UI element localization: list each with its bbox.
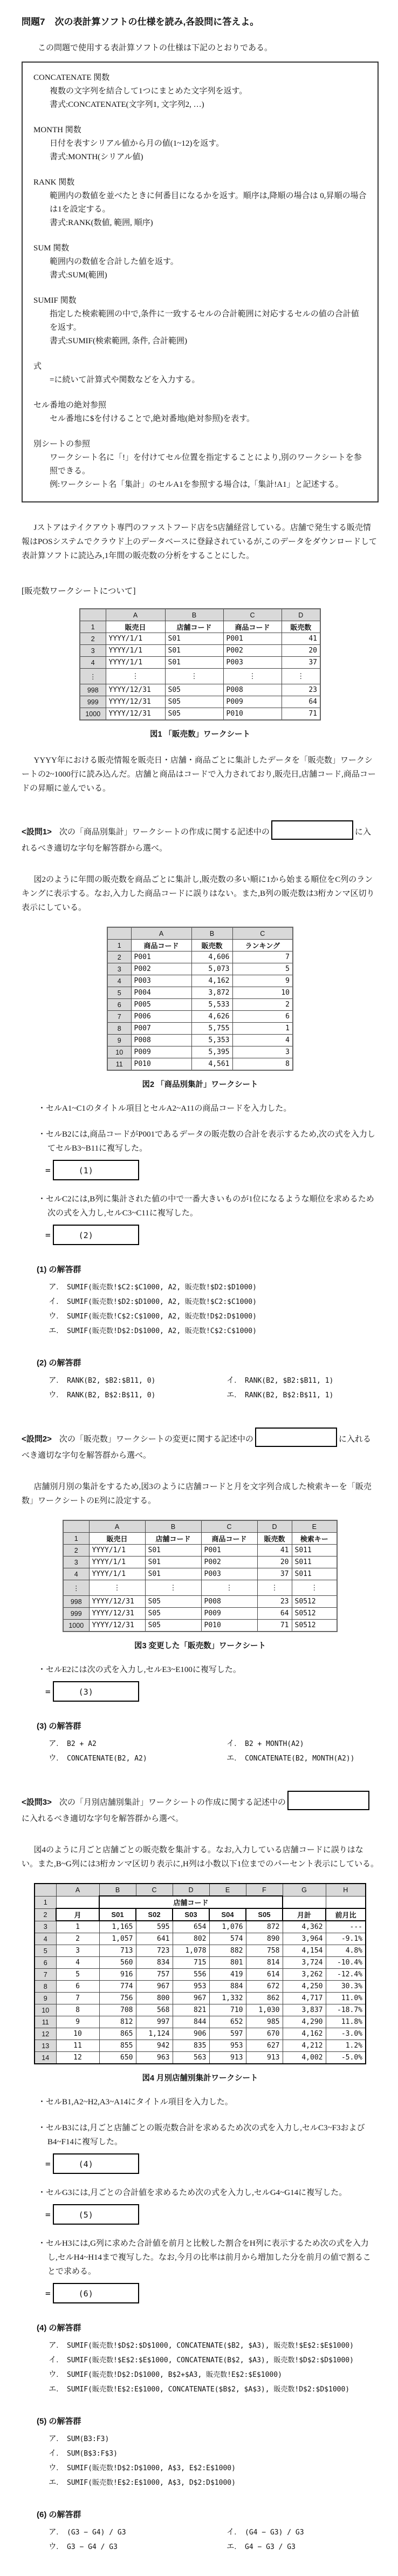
- sheet-cell: S05: [165, 696, 223, 708]
- column-letter: H: [326, 1884, 366, 1896]
- sheet-cell: P010: [223, 708, 282, 721]
- row-number: 10: [107, 1046, 131, 1058]
- answer-options: ア.SUMIF(販売数!$D$2:$D$1000, CONCATENATE($B…: [49, 2339, 379, 2397]
- sheet-cell: 64: [282, 696, 320, 708]
- sheet-cell: 6: [232, 1011, 293, 1023]
- sheet-cell: S05: [165, 684, 223, 696]
- sheet-cell: 560: [99, 1957, 136, 1969]
- spec-box: CONCATENATE 関数複数の文字列を結合して1つにまとめた文字列を返す。書…: [22, 62, 379, 502]
- spreadsheet-fig4: ABCDEFGH1店舗コード2月S01S02S03S04S05月計前月比311,…: [34, 1883, 366, 2064]
- sheet-cell: ⋮: [106, 669, 165, 684]
- sheet-cell: -9.1%: [326, 1933, 366, 1945]
- sheet-cell: 419: [209, 1969, 246, 1981]
- column-letter-row: ABC: [107, 927, 293, 940]
- option-formula: G4 − G3 / G3: [245, 2540, 296, 2554]
- option-formula: SUMIF(販売数!$D$2:$D$1000, CONCATENATE($B2,…: [67, 2339, 354, 2353]
- figure-3-caption: 図3 変更した「販売数」ワークシート: [22, 1640, 379, 1651]
- figure-3: ABCDE1販売日店舗コード商品コード販売数検索キー2YYYY/1/1S01P0…: [22, 1520, 379, 1651]
- sheet-row: 1店舗コード: [35, 1896, 366, 1908]
- answer-option: イ.SUMIF(販売数!$D2:$D1000, A2, 販売数!$C2:$C10…: [49, 1295, 379, 1309]
- sheet-cell: 814: [246, 1957, 283, 1969]
- option-letter: イ.: [227, 2525, 245, 2540]
- column-letter: D: [282, 609, 320, 621]
- answer-group-title: (2) の解答群: [37, 1357, 379, 1368]
- sheet-cell: 4,002: [283, 2052, 326, 2064]
- sheet-cell: 4,212: [283, 2040, 326, 2052]
- spec-section-line: 例:ワークシート名「集計」のセルA1を参照する場合は,「集計!A1」と記述する。: [33, 478, 367, 492]
- spec-section-line: 範囲内の数値を並べたときに何番目になるかを返す。順序は,降順の場合は 0,昇順の…: [33, 189, 367, 216]
- sheet-cell: 7: [56, 1993, 99, 2004]
- sheet-cell: -12.4%: [326, 1969, 366, 1981]
- formula-blank-box: (3): [53, 1681, 139, 1702]
- answer-group-title: (5) の解答群: [37, 2415, 379, 2427]
- sheet-cell: S05: [145, 1608, 201, 1620]
- sheet-cell: 30.3%: [326, 1981, 366, 1993]
- option-formula: SUMIF(販売数!$C2:$C1000, A2, 販売数!$D2:$D1000…: [67, 1280, 257, 1295]
- sheet-cell: 1,078: [173, 1945, 209, 1957]
- sheet-cell: 872: [246, 1921, 283, 1933]
- column-letter-row: ABCDEFGH: [35, 1884, 366, 1896]
- sheet-cell: 37: [257, 1568, 292, 1580]
- row-number: 9: [107, 1035, 131, 1046]
- figure-1: ABCD1販売日店舗コード商品コード販売数2YYYY/1/1S01P001413…: [22, 608, 379, 739]
- equals-sign: =: [45, 2288, 51, 2299]
- sheet-cell: S0512: [292, 1596, 337, 1608]
- spec-section-line: 書式:MONTH(シリアル値): [33, 151, 367, 164]
- sheet-cell: 834: [136, 1957, 173, 1969]
- sheet-row: 2YYYY/1/1S01P00141: [80, 633, 320, 645]
- sheet-cell: 1,076: [209, 1921, 246, 1933]
- sheet-cell: 641: [136, 1933, 173, 1945]
- sheet-cell: 967: [136, 1981, 173, 1993]
- equals-sign: =: [45, 1687, 51, 1697]
- sheet-row: 867749679538846724,25030.3%: [35, 1981, 366, 1993]
- answer-options: ア.B2 + A2イ.B2 + MONTH(A2)ウ.CONCATENATE(B…: [49, 1737, 379, 1766]
- sheet-cell: -3.0%: [326, 2028, 366, 2040]
- question-2-label: <設問2>: [22, 1435, 52, 1444]
- sheet-cell: 4,162: [191, 975, 232, 987]
- figure-3-bullets: ・セルE2には次の式を入力し,セルE3~E100に複写した。=(3): [22, 1663, 379, 1702]
- sheet-cell: P002: [201, 1557, 257, 1568]
- sheet-row: 2YYYY/1/1S01P00141S011: [63, 1545, 337, 1557]
- sheet-cell: 953: [209, 2040, 246, 2052]
- sheet-cell: YYYY/1/1: [106, 645, 165, 657]
- sheet-cell: 574: [209, 1933, 246, 1945]
- sheet-cell: 670: [246, 2028, 283, 2040]
- sheet-cell: P001: [201, 1545, 257, 1557]
- sheet-cell: 販売数: [191, 940, 232, 951]
- row-number: 5: [107, 987, 131, 999]
- sheet-row: 6P0055,5332: [107, 999, 293, 1011]
- sheet-row: 2P0014,6067: [107, 951, 293, 963]
- sheet-cell: 5,533: [191, 999, 232, 1011]
- sheet-cell: 774: [99, 1981, 136, 1993]
- figure-4-table: ABCDEFGH1店舗コード2月S01S02S03S04S05月計前月比311,…: [22, 1883, 379, 2064]
- row-number: 4: [107, 975, 131, 987]
- sheet-cell: 11.0%: [326, 1993, 366, 2004]
- option-letter: ア.: [49, 2339, 67, 2353]
- spec-section-title: 別シートの参照: [33, 438, 367, 451]
- sheet-cell: 757: [136, 1969, 173, 1981]
- sheet-cell: 4,290: [283, 2016, 326, 2028]
- column-letter: C: [201, 1520, 257, 1533]
- sheet-row: 13118559428359536274,2121.2%: [35, 2040, 366, 2052]
- spec-section-line: 日付を表すシリアル値から月の値(1~12)を返す。: [33, 137, 367, 151]
- sheet-cell: 店舗コード: [145, 1533, 201, 1545]
- sheet-row: 977568009671,3328624,71711.0%: [35, 1993, 366, 2004]
- sheet-cell: ⋮: [223, 669, 282, 684]
- equals-sign: =: [45, 1165, 51, 1175]
- sheet-cell: 812: [99, 2016, 136, 2028]
- answer-option: ウ.SUMIF(販売数!C$2:C$1000, A2, 販売数!D$2:D$10…: [49, 1309, 379, 1324]
- spreadsheet-fig3: ABCDE1販売日店舗コード商品コード販売数検索キー2YYYY/1/1S01P0…: [63, 1520, 338, 1632]
- option-formula: (G4 − G3) / G3: [245, 2525, 304, 2540]
- sheet-cell: P008: [201, 1596, 257, 1608]
- row-number: 10: [35, 2004, 56, 2016]
- sheet-cell: 708: [99, 2004, 136, 2016]
- sheet-row: 10P0095,3953: [107, 1046, 293, 1058]
- sheet-cell: P009: [223, 696, 282, 708]
- sheet-cell: 800: [136, 1993, 173, 2004]
- sheet-cell: P002: [223, 645, 282, 657]
- option-letter: エ.: [227, 1388, 245, 1403]
- row-number: 4: [63, 1568, 89, 1580]
- sheet-cell: 884: [209, 1981, 246, 1993]
- option-letter: ウ.: [49, 1751, 67, 1766]
- sheet-row: 12108651,1249065976704,162-3.0%: [35, 2028, 366, 2040]
- sheet-cell: P007: [131, 1023, 191, 1035]
- answer-option: ア.B2 + A2: [49, 1737, 227, 1751]
- sheet-cell: 41: [282, 633, 320, 645]
- sheet-cell: 953: [173, 1981, 209, 1993]
- column-letter: G: [283, 1884, 326, 1896]
- figure-4-caption: 図4 月別店舗別集計ワークシート: [22, 2072, 379, 2083]
- sheet-cell: YYYY/1/1: [89, 1568, 145, 1580]
- sheet-cell: 71: [257, 1620, 292, 1632]
- sheet-row: 998YYYY/12/31S05P00823S0512: [63, 1596, 337, 1608]
- option-formula: SUMIF(販売数!D$2:D$1000, A$3, E$2:E$1000): [67, 2461, 236, 2476]
- sheet-cell: 715: [173, 1957, 209, 1969]
- sheet-cell: 5,395: [191, 1046, 232, 1058]
- sheet-cell: 710: [209, 2004, 246, 2016]
- spec-section-line: 書式:RANK(数値, 範囲, 順序): [33, 216, 367, 230]
- sheet-cell: ⋮: [257, 1580, 292, 1596]
- sheet-cell: 検索キー: [292, 1533, 337, 1545]
- sheet-cell: 4: [56, 1957, 99, 1969]
- sheet-cell: S03: [173, 1908, 209, 1921]
- sheet-row: 9P0085,3534: [107, 1035, 293, 1046]
- sheet-cell: 71: [282, 708, 320, 721]
- sheet-cell: 10: [56, 2028, 99, 2040]
- sheet-cell: 5,353: [191, 1035, 232, 1046]
- sheet-row: 998YYYY/12/31S05P00823: [80, 684, 320, 696]
- spec-section-line: セル番地に$を付けることで,絶対番地(絶対参照)を表す。: [33, 412, 367, 426]
- question-2-description: 店舗別月別の集計をするため,図3のように店舗コードと月を文字列合成した検索キーを…: [22, 1480, 379, 1508]
- option-formula: SUMIF(販売数!E$2:E$1000, CONCATENATE($B$2, …: [67, 2382, 349, 2397]
- sheet-cell: 8: [232, 1058, 293, 1071]
- sheet-row: 1198129978446529854,29011.8%: [35, 2016, 366, 2028]
- bullet-item: ・セルA1~C1のタイトル項目とセルA2~A11の商品コードを入力した。: [38, 1102, 379, 1116]
- spec-section-title: セル番地の絶対参照: [33, 399, 367, 412]
- sheet-cell: 882: [209, 1945, 246, 1957]
- row-number: 7: [35, 1969, 56, 1981]
- sheet-cell: 店舗コード: [99, 1896, 283, 1908]
- sheet-row: 999YYYY/12/31S05P00964S0512: [63, 1608, 337, 1620]
- formula-row: =(2): [45, 1225, 379, 1245]
- corner-cell: [107, 927, 131, 940]
- sheet-cell: ⋮: [292, 1580, 337, 1596]
- row-number: 2: [63, 1545, 89, 1557]
- exam-page: 問題7次の表計算ソフトの仕様を読み,各設問に答えよ。 この問題で使用する表計算ソ…: [0, 0, 398, 2576]
- answer-option: イ.B2 + MONTH(A2): [227, 1737, 379, 1751]
- sheet-cell: P008: [223, 684, 282, 696]
- option-formula: CONCATENATE(B2, A2): [67, 1751, 147, 1766]
- sheet-cell: 3: [232, 1046, 293, 1058]
- formula-row: =(5): [45, 2204, 379, 2225]
- row-number: 12: [35, 2028, 56, 2040]
- question-1: <設問1>次の「商品別集計」ワークシートの作成に関する記述中のに入れるべき適切な…: [22, 820, 379, 857]
- answer-option: ア.(G3 − G4) / G3: [49, 2525, 227, 2540]
- bullet-item: ・セルE2には次の式を入力し,セルE3~E100に複写した。: [38, 1663, 379, 1677]
- option-formula: G3 − G4 / G3: [67, 2540, 118, 2554]
- option-formula: SUMIF(販売数!$E$2:$E$1000, CONCATENATE(B$2,…: [67, 2353, 354, 2368]
- figure-3-table: ABCDE1販売日店舗コード商品コード販売数検索キー2YYYY/1/1S01P0…: [22, 1520, 379, 1632]
- option-letter: ウ.: [49, 1388, 67, 1403]
- sheet-cell: ⋮: [165, 669, 223, 684]
- sheet-cell: 672: [246, 1981, 283, 1993]
- formula-row: =(1): [45, 1160, 379, 1180]
- spec-section-line: ワークシート名に「!」を付けてセル位置を指定することにより,別のワークシートを参…: [33, 451, 367, 478]
- sheet-cell: YYYY/12/31: [89, 1608, 145, 1620]
- row-number: 2: [80, 633, 106, 645]
- sheet-row: 5P0043,87210: [107, 987, 293, 999]
- sheet-cell: ⋮: [282, 669, 320, 684]
- answer-group-title: (6) の解答群: [37, 2509, 379, 2520]
- problem-title: 問題7次の表計算ソフトの仕様を読み,各設問に答えよ。: [22, 14, 379, 28]
- sheet-cell: S04: [209, 1908, 246, 1921]
- sheet-row: 1販売日店舗コード商品コード販売数: [80, 621, 320, 633]
- answer-option: ウ.SUMIF(販売数!D$2:D$1000, B$2+$A3, 販売数!E$2…: [49, 2368, 379, 2382]
- sheet-cell: S011: [292, 1557, 337, 1568]
- sheet-cell: S0512: [292, 1608, 337, 1620]
- sheet-cell: S0512: [292, 1620, 337, 1632]
- sheet-cell: 12: [56, 2052, 99, 2064]
- sheet-cell: 7: [232, 951, 293, 963]
- option-formula: RANK(B2, B$2:B$11, 0): [67, 1388, 155, 1403]
- sheet-row: 4YYYY/1/1S01P00337: [80, 657, 320, 669]
- option-letter: ウ.: [49, 2540, 67, 2554]
- sheet-cell: 942: [136, 2040, 173, 2052]
- row-number: 2: [107, 951, 131, 963]
- sheet-cell: 11.8%: [326, 2016, 366, 2028]
- row-number: 4: [35, 1933, 56, 1945]
- sheet-cell: ⋮: [145, 1580, 201, 1596]
- sheet-cell: P009: [131, 1046, 191, 1058]
- option-formula: B2 + A2: [67, 1737, 97, 1751]
- row-number: 999: [63, 1608, 89, 1620]
- spec-section-line: 書式:CONCATENATE(文字列1, 文字列2, …): [33, 98, 367, 112]
- option-letter: ア.: [49, 2525, 67, 2540]
- sheet-cell: 913: [209, 2052, 246, 2064]
- sheet-cell: 商品コード: [201, 1533, 257, 1545]
- column-letter: B: [191, 927, 232, 940]
- answer-option: エ.SUMIF(販売数!E$2:E$1000, CONCATENATE($B$2…: [49, 2382, 379, 2397]
- answer-group-3: (3) の解答群ア.B2 + A2イ.B2 + MONTH(A2)ウ.CONCA…: [37, 1720, 379, 1766]
- sheet-cell: P005: [131, 999, 191, 1011]
- problem-number: 問題7: [22, 17, 45, 27]
- sheet-cell: S011: [292, 1545, 337, 1557]
- column-letter: B: [99, 1884, 136, 1896]
- option-letter: イ.: [227, 1737, 245, 1751]
- sheet-cell: 月計: [283, 1908, 326, 1921]
- column-letter: D: [257, 1520, 292, 1533]
- option-formula: RANK(B2, $B2:$B11, 1): [245, 1374, 333, 1388]
- row-number: 8: [107, 1023, 131, 1035]
- row-number: 3: [107, 963, 131, 975]
- sheet-cell: 1: [56, 1921, 99, 1933]
- formula-blank-box: (6): [53, 2283, 139, 2303]
- row-number: 14: [35, 2052, 56, 2064]
- sheet-cell: 3: [56, 1945, 99, 1957]
- column-letter: C: [223, 609, 282, 621]
- sheet-cell: -5.0%: [326, 2052, 366, 2064]
- answer-group-4: (4) の解答群ア.SUMIF(販売数!$D$2:$D$1000, CONCAT…: [37, 2322, 379, 2397]
- option-formula: SUMIF(販売数!E$2:E$1000, A$3, D$2:D$1000): [67, 2476, 236, 2490]
- corner-cell: [80, 609, 106, 621]
- sheet-row: ⋮⋮⋮⋮⋮⋮: [63, 1580, 337, 1596]
- sheet-cell: S02: [136, 1908, 173, 1921]
- option-letter: イ.: [49, 2446, 67, 2461]
- sheet-cell: 23: [282, 684, 320, 696]
- intro-text: この問題で使用する表計算ソフトの仕様は下記のとおりである。: [22, 42, 379, 55]
- answer-blank-box: [255, 1428, 337, 1447]
- sheet-cell: ⋮: [201, 1580, 257, 1596]
- sheet-cell: 月: [56, 1908, 99, 1921]
- answer-option: イ.RANK(B2, $B2:$B11, 1): [227, 1374, 379, 1388]
- sheet-cell: S01: [99, 1908, 136, 1921]
- sheet-cell: ⋮: [89, 1580, 145, 1596]
- sheet-cell: 1,332: [209, 1993, 246, 2004]
- sheet-cell: 890: [246, 1933, 283, 1945]
- answer-options: ア.(G3 − G4) / G3イ.(G4 − G3) / G3ウ.G3 − G…: [49, 2525, 379, 2554]
- row-number: 11: [107, 1058, 131, 1071]
- sheet-cell: 756: [99, 1993, 136, 2004]
- option-letter: ア.: [49, 1737, 67, 1751]
- sheet-cell: 1.2%: [326, 2040, 366, 2052]
- sheet-cell: 4,717: [283, 1993, 326, 2004]
- equals-sign: =: [45, 1230, 51, 1240]
- column-letter: F: [246, 1884, 283, 1896]
- column-letter: B: [145, 1520, 201, 1533]
- sheet-cell: ランキング: [232, 940, 293, 951]
- option-letter: エ.: [49, 2382, 67, 2397]
- sheet-cell: S01: [145, 1568, 201, 1580]
- option-letter: ア.: [49, 1374, 67, 1388]
- sheet-cell: 844: [173, 2016, 209, 2028]
- answer-option: エ.SUMIF(販売数!E$2:E$1000, A$3, D$2:D$1000): [49, 2476, 379, 2490]
- sheet-row: 3YYYY/1/1S01P00220: [80, 645, 320, 657]
- spec-section-line: 指定した検索範囲の中で,条件に一致するセルの合計範囲に対応するセルの値の合計値を…: [33, 308, 367, 335]
- sheet-cell: 64: [257, 1608, 292, 1620]
- column-letter: A: [89, 1520, 145, 1533]
- sheet-cell: 4,606: [191, 951, 232, 963]
- formula-blank-box: (4): [53, 2153, 139, 2174]
- sheet-cell: 3,262: [283, 1969, 326, 1981]
- sheet-cell: 650: [99, 2052, 136, 2064]
- sheet-cell: 20: [282, 645, 320, 657]
- sheet-cell: 4.8%: [326, 1945, 366, 1957]
- sheet-cell: 985: [246, 2016, 283, 2028]
- sheet-cell: 627: [246, 2040, 283, 2052]
- sheet-row: 3P0025,0735: [107, 963, 293, 975]
- sheet-cell: 3,724: [283, 1957, 326, 1969]
- answer-option: ウ.CONCATENATE(B2, A2): [49, 1751, 227, 1766]
- sheet-cell: 4: [232, 1035, 293, 1046]
- sheet-cell: [326, 1896, 366, 1908]
- sheet-cell: 835: [173, 2040, 209, 2052]
- answer-option: エ.G4 − G3 / G3: [227, 2540, 379, 2554]
- sheet-row: 2月S01S02S03S04S05月計前月比: [35, 1908, 366, 1921]
- sheet-cell: 862: [246, 1993, 283, 2004]
- sheet-cell: 916: [99, 1969, 136, 1981]
- sheet-row: 311,1655956541,0768724,362---: [35, 1921, 366, 1933]
- sheet-cell: 1: [232, 1023, 293, 1035]
- sheet-cell: 5: [56, 1969, 99, 1981]
- answer-option: イ.(G4 − G3) / G3: [227, 2525, 379, 2540]
- sheet-row: 1商品コード販売数ランキング: [107, 940, 293, 951]
- option-formula: SUMIF(販売数!C$2:C$1000, A2, 販売数!D$2:D$1000…: [67, 1309, 257, 1324]
- spec-section-line: =に続いて計算式や関数などを入力する。: [33, 373, 367, 387]
- answer-group-6: (6) の解答群ア.(G3 − G4) / G3イ.(G4 − G3) / G3…: [37, 2509, 379, 2554]
- sheet-cell: P004: [131, 987, 191, 999]
- column-letter: C: [232, 927, 293, 940]
- option-letter: ア.: [49, 2432, 67, 2446]
- option-letter: ウ.: [49, 1309, 67, 1324]
- spec-section-title: SUM 関数: [33, 242, 367, 255]
- answer-options: ア.SUMIF(販売数!$C2:$C1000, A2, 販売数!$D2:$D10…: [49, 1280, 379, 1338]
- column-letter: C: [136, 1884, 173, 1896]
- formula-row: =(4): [45, 2153, 379, 2174]
- sheet-row: 537137231,0788827584,1544.8%: [35, 1945, 366, 1957]
- spec-section-title: RANK 関数: [33, 176, 367, 189]
- row-number: 1: [35, 1896, 56, 1908]
- sheet-cell: 店舗コード: [165, 621, 223, 633]
- option-letter: エ.: [227, 2540, 245, 2554]
- column-letter: E: [209, 1884, 246, 1896]
- sheet-cell: 997: [136, 2016, 173, 2028]
- figure-4: ABCDEFGH1店舗コード2月S01S02S03S04S05月計前月比311,…: [22, 1883, 379, 2083]
- figure-2-bullets: ・セルA1~C1のタイトル項目とセルA2~A11の商品コードを入力した。・セルB…: [22, 1102, 379, 1245]
- spec-section-line: 範囲内の数値を合計した値を返す。: [33, 255, 367, 269]
- answer-blank-box: [287, 1791, 369, 1810]
- row-number: 3: [35, 1921, 56, 1933]
- sheet-cell: P003: [131, 975, 191, 987]
- spec-section-title: CONCATENATE 関数: [33, 71, 367, 85]
- option-letter: エ.: [49, 2476, 67, 2490]
- sheet-cell: 37: [282, 657, 320, 669]
- answer-group-2: (2) の解答群ア.RANK(B2, $B2:$B11, 0)イ.RANK(B2…: [37, 1357, 379, 1403]
- answer-option: ア.SUM(B3:F3): [49, 2432, 379, 2446]
- sheet-cell: 821: [173, 2004, 209, 2016]
- sheet-cell: S05: [246, 1908, 283, 1921]
- sheet-cell: S01: [145, 1545, 201, 1557]
- sheet-cell: 595: [136, 1921, 173, 1933]
- sheet-cell: 963: [136, 2052, 173, 2064]
- row-number: 13: [35, 2040, 56, 2052]
- sheet-cell: 3,872: [191, 987, 232, 999]
- sheet-cell: S01: [165, 633, 223, 645]
- option-formula: (G3 − G4) / G3: [67, 2525, 126, 2540]
